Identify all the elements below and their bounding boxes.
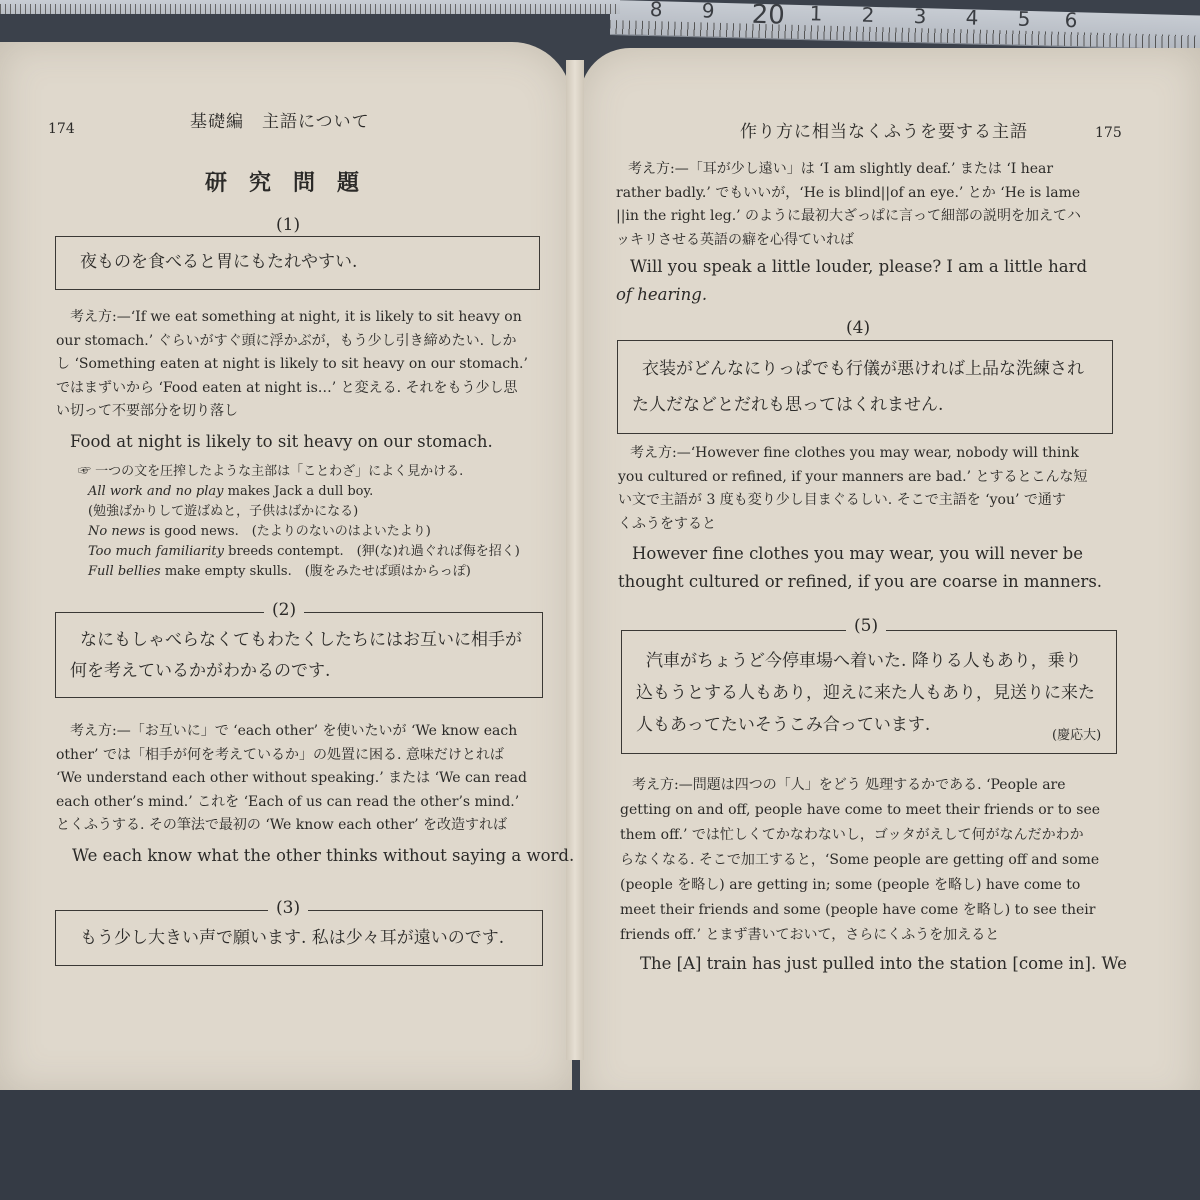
model-answer: We each know what the other thinks witho… (72, 842, 574, 870)
model-answer: The [A] train has just pulled into the s… (640, 950, 1127, 978)
ruler-number: 2 (861, 3, 874, 27)
problem-box-5: 汽車がちょうど今停車場へ着いた. 降りる人もあり，乗り 込もうとする人もあり，迎… (621, 630, 1117, 754)
model-answer: Food at night is likely to sit heavy on … (70, 428, 493, 456)
table-surface (0, 1090, 1200, 1200)
hint-line: い文で主語が 3 度も変り少し目まぐるしい. そこで主語を ‘you’ で通す (618, 489, 1130, 513)
proverb-item: No news is good news. (たよりのないのはよいたより) (88, 522, 520, 542)
hint-line: friends off.’ とまず書いておいて，さらにくふうを加えると (620, 923, 1144, 948)
model-answer: Will you speak a little louder, please? … (630, 253, 1130, 309)
ruler-number: 1 (809, 1, 822, 25)
proverb-list: ☞ 一つの文を圧搾したような主部は「ことわざ」によく見かける. All work… (88, 462, 520, 582)
problem-label: (4) (838, 318, 878, 338)
hint-line: our stomach.’ ぐらいがすぐ頭に浮かぶが，もう少し引き締めたい. し… (56, 330, 542, 354)
page-number-right: 175 (1095, 125, 1122, 141)
hint-line: し ‘Something eaten at night is likely to… (56, 353, 542, 377)
ruler-number: 6 (1064, 8, 1077, 32)
hint-line: rather badly.’ でもいいが，‘He is blind||of an… (616, 182, 1124, 206)
ruler-number: 8 (649, 0, 662, 21)
hint-line: 考え方:—‘However fine clothes you may wear,… (630, 442, 1130, 466)
problem-label: (2) (264, 600, 304, 620)
hint-paragraph: 考え方:—「お互いに」で ‘each other’ を使いたいが ‘We kno… (70, 720, 542, 838)
hint-paragraph: 考え方:—「耳が少し遠い」は ‘I am slightly deaf.’ または… (628, 158, 1124, 252)
problem-box-4: 衣装がどんなにりっぱでも行儀が悪ければ上品な洗練され た人だなどとだれも思っては… (617, 340, 1113, 434)
model-answer: However fine clothes you may wear, you w… (632, 540, 1142, 596)
answer-line: Will you speak a little louder, please? … (630, 253, 1130, 281)
hint-line: you cultured or refined, if your manners… (618, 466, 1130, 490)
hint-paragraph: 考え方:—問題は四つの「人」をどう 処理するかである. ‘People are … (632, 773, 1144, 948)
hint-line: (people を略し) are getting in; some (peopl… (620, 873, 1144, 898)
hint-line: ッキリさせる英語の癖を心得ていれば (616, 229, 1124, 253)
hint-paragraph: 考え方:—‘If we eat something at night, it i… (70, 306, 542, 424)
problem-text-line: 何を考えているかがわかるのです. (70, 656, 528, 687)
hint-line: them off.’ では忙しくてかなわないし，ゴッタがえして何がなんだかわか (620, 823, 1144, 848)
problem-text-line: 衣装がどんなにりっぱでも行儀が悪ければ上品な洗練され (642, 351, 1098, 387)
hint-line: 考え方:—「お互いに」で ‘each other’ を使いたいが ‘We kno… (70, 720, 542, 744)
problem-text-line: なにもしゃべらなくてもわたくしたちにはお互いに相手が (80, 625, 528, 656)
problem-text-line: 人もあってたいそうこみ合っています. (636, 709, 1102, 741)
hint-line: い切って不要部分を切り落し (56, 400, 542, 424)
running-head-left: 基礎編 主語について (190, 107, 370, 132)
section-title: 研究問題 (205, 166, 381, 197)
hint-line: other’ では「相手が何を考えているか」の処置に困る. 意味だけとれば (56, 744, 542, 768)
hint-line: ||in the right leg.’ のように最初大ざっぱに言って細部の説明… (616, 205, 1124, 229)
ruler-left-edge (0, 0, 620, 14)
hint-line: getting on and off, people have come to … (620, 798, 1144, 823)
pointing-hand-icon: ☞ (78, 464, 95, 479)
hint-paragraph: 考え方:—‘However fine clothes you may wear,… (630, 442, 1130, 536)
problem-text: 夜ものを食べると胃にもたれやすい. (56, 237, 539, 282)
problem-label: (1) (268, 215, 308, 235)
hint-line: each other’s mind.’ これを ‘Each of us can … (56, 791, 542, 815)
hint-line: ではまずいから ‘Food eaten at night is…’ と変える. … (56, 377, 542, 401)
book-gutter (566, 60, 584, 1060)
problem-label: (3) (268, 898, 308, 918)
problem-text-line: 汽車がちょうど今停車場へ着いた. 降りる人もあり，乗り (646, 645, 1102, 677)
hint-line: 考え方:—「耳が少し遠い」は ‘I am slightly deaf.’ または… (628, 158, 1124, 182)
tip-text: 一つの文を圧搾したような主部は「ことわざ」によく見かける. (95, 464, 463, 479)
proverb-translation: (勉強ばかりして遊ばぬと，子供はばかになる) (88, 502, 520, 522)
ruler-number: 9 (701, 0, 714, 23)
hint-line: 考え方:—問題は四つの「人」をどう 処理するかである. ‘People are (632, 773, 1144, 798)
problem-label: (5) (846, 616, 886, 636)
hint-line: らなくなる. そこで加工すると，‘Some people are getting… (620, 848, 1144, 873)
ruler-number: 3 (913, 4, 926, 28)
running-head-right: 作り方に相当なくふうを要する主語 (740, 117, 1028, 142)
proverb-item: Full bellies make empty skulls. (腹をみたせば頭… (88, 562, 520, 582)
problem-box-3: もう少し大きい声で願います. 私は少々耳が遠いのです. (55, 910, 543, 966)
proverb-item: Too much familiarity breeds contempt. (狎… (88, 542, 520, 562)
answer-line: thought cultured or refined, if you are … (618, 568, 1142, 596)
problem-box-1: 夜ものを食べると胃にもたれやすい. (55, 236, 540, 290)
ruler-number: 20 (751, 0, 785, 31)
ruler-number: 5 (1017, 7, 1030, 31)
page-number-left: 174 (48, 121, 75, 137)
problem-text-line: 込もうとする人もあり，迎えに来た人もあり，見送りに来た (636, 677, 1102, 709)
problem-box-2: なにもしゃべらなくてもわたくしたちにはお互いに相手が 何を考えているかがわかるの… (55, 612, 543, 698)
hint-line: meet their friends and some (people have… (620, 898, 1144, 923)
source-attribution: (慶応大) (1052, 724, 1101, 743)
hint-line: 考え方:—‘If we eat something at night, it i… (70, 306, 542, 330)
hint-line: ‘We understand each other without speaki… (56, 767, 542, 791)
hint-line: くふうをすると (618, 513, 1130, 537)
answer-line: However fine clothes you may wear, you w… (632, 540, 1142, 568)
problem-text: もう少し大きい声で願います. 私は少々耳が遠いのです. (56, 911, 542, 958)
ruler-number: 4 (965, 5, 978, 29)
hint-line: とくふうする. その筆法で最初の ‘We know each other’ を改… (56, 814, 542, 838)
answer-line: of hearing. (616, 281, 1130, 309)
proverb-item: All work and no play makes Jack a dull b… (88, 482, 520, 502)
problem-text-line: た人だなどとだれも思ってはくれません. (632, 387, 1098, 423)
